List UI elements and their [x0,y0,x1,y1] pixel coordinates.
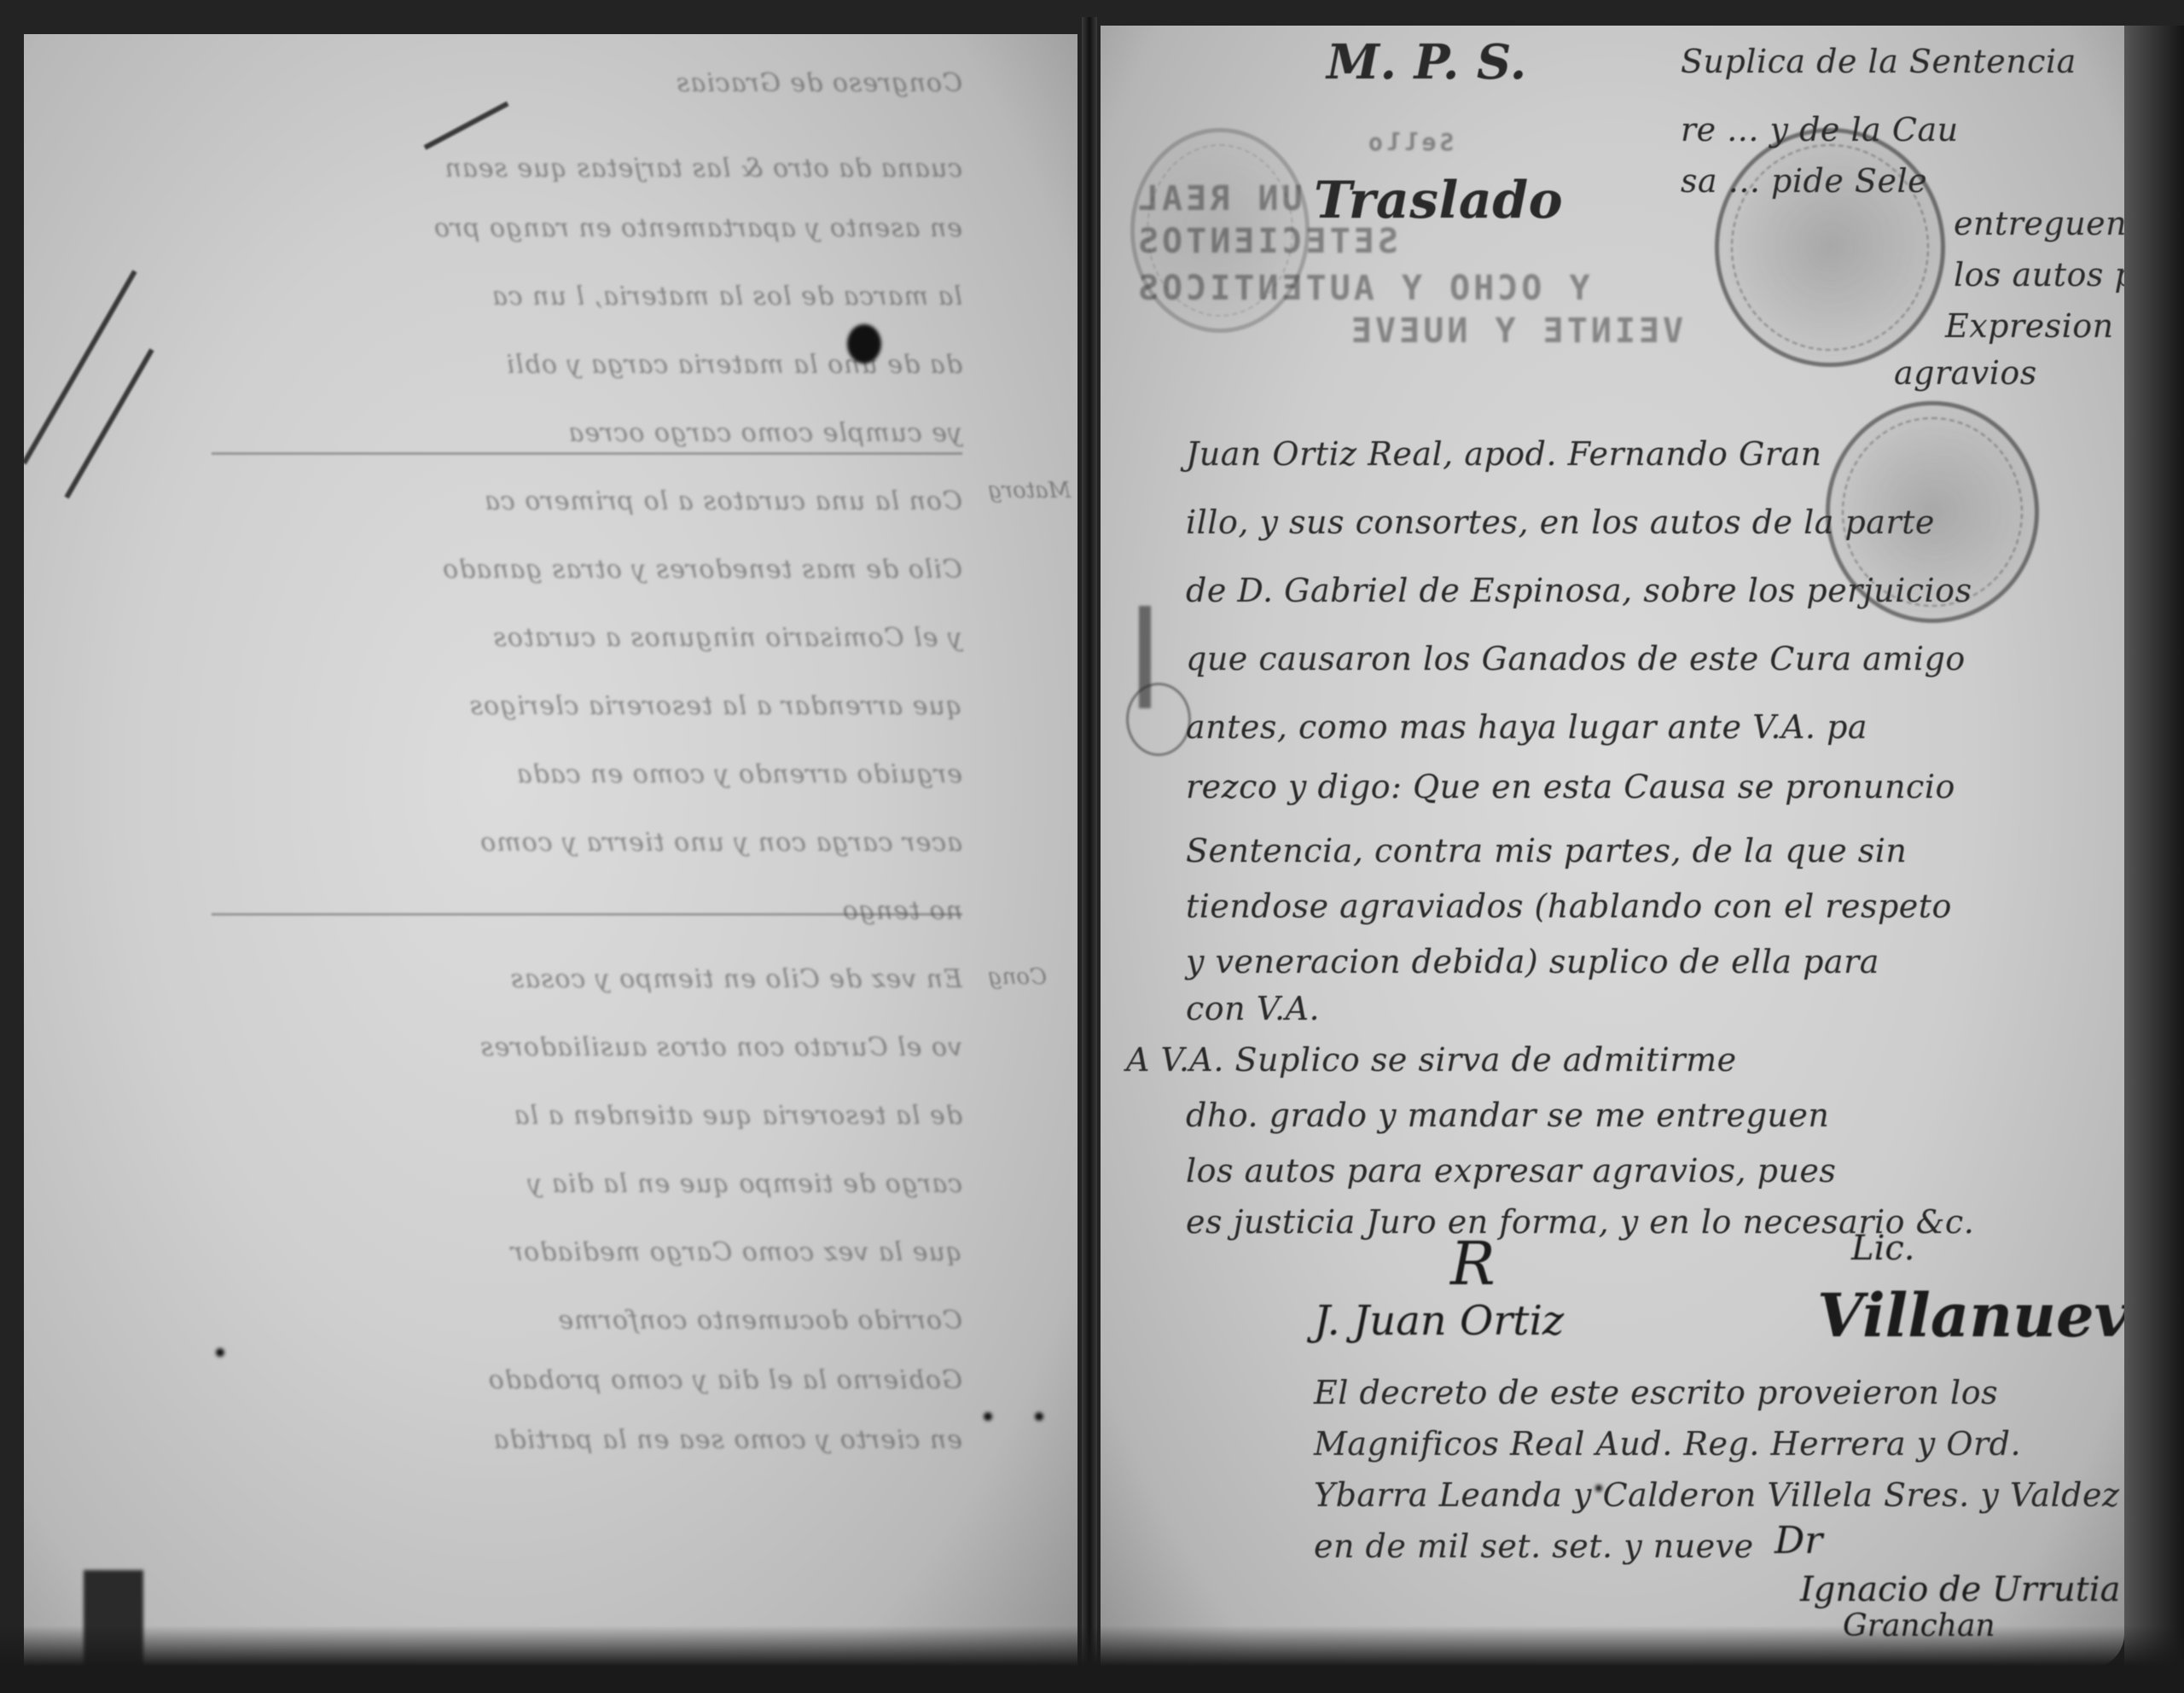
petition-line: A V.A. Suplico se sirva de admitirme [1126,1041,1737,1079]
margin-note: Matorg [988,478,1071,503]
stamp-ghost-line: VEINTE Y NUEVE [1348,311,1683,351]
ink-spot [1595,1485,1602,1492]
margin-summary-line: agravios [1894,354,2037,392]
body-line: Juan Ortiz Real, apod. Fernando Gran [1186,435,1822,473]
bleed-line: Cilo de mas tenedores y otras ganado [229,555,962,585]
notary-mark: Dr [1774,1519,1822,1562]
right-page: UN REAL SETECIENTOS Y OCHO Y AUTENTICOS … [1101,26,2124,1668]
bleed-line: Gobierno la el dia y como probado [229,1365,962,1395]
body-line: Sentencia, contra mis partes, de la que … [1186,832,1907,870]
margin-note: Cong [988,964,1047,990]
margin-summary-line: Expresion de [1945,307,2124,345]
body-line: que causaron los Ganados de este Cura am… [1186,640,1966,678]
body-line: de D. Gabriel de Espinosa, sobre los per… [1186,572,1972,609]
ink-smear [424,102,509,150]
body-line: antes, como mas haya lugar ante V.A. pa [1186,708,1867,746]
faint-rule [212,913,962,916]
signature-title-lic: Lic. [1851,1229,1914,1268]
signature-mark-left: R [1450,1229,1496,1299]
body-line: y veneracion debida) suplico de ella par… [1186,943,1879,980]
decree-line: Magnificos Real Aud. Reg. Herrera y Ord. [1314,1425,2021,1463]
signature-villanueva: Villanueva [1817,1280,2124,1351]
bleed-line: cargo de tiempo que en la dia y [229,1169,962,1199]
notary-signature: Ignacio de Urrutia [1800,1570,2120,1609]
bleed-line: en asento y apartamento en rango pro [229,213,962,243]
bleed-line: de la tesoreria que atienden a la [229,1101,962,1131]
bleed-line: En vez de Cilo en tiempo y cosas [229,964,962,994]
body-line: tiendose agraviados (hablando con el res… [1186,887,1952,925]
margin-summary-line: sa ... pide Sele [1681,162,1927,200]
margin-summary-line: Suplica de la Sentencia [1681,43,2077,80]
bleed-line: erguido arrendo y como en cada [229,759,962,789]
bleed-line: y el Comisario ningunos a curatos [229,623,962,653]
scan-bottom-shadow [0,1626,2184,1693]
stamp-ghost-line: Y OCHO Y AUTENTICOS [1135,269,1590,308]
header-initials: M. P. S. [1327,34,1527,90]
bleed-line: que arrendar a la tesoreria clerigos [229,691,962,721]
faint-rule [212,452,962,455]
ink-blot [847,324,881,364]
scan-right-edge [2124,26,2184,1693]
bleed-line: en cierto y como sea en la partida [229,1425,962,1455]
ink-spot [1035,1412,1043,1421]
bleed-line: la marca de los la materia, l un ca [229,282,962,311]
document-title: Traslado [1314,171,1563,230]
body-line: illo, y sus consortes, en los autos de l… [1186,503,1935,541]
left-page: Congreso de Gracias cuana da otro & las … [24,34,1077,1685]
stamp-number: Sello [1365,128,1454,156]
bleed-line: cuana da otro & las tarjetas que sean [229,154,962,183]
book-spine [1082,17,1097,1693]
stamp-ghost-line: UN REAL [1135,179,1303,218]
bleed-line: Con la una curatos a lo primero ca [229,486,962,516]
petition-line: dho. grado y mandar se me entreguen [1186,1097,1829,1134]
petition-line: los autos para expresar agravios, pues [1186,1152,1836,1190]
bleed-line: Congreso de Gracias [229,68,962,98]
bleed-line: acer carga con y uno tierra y como [229,828,962,858]
decree-line: Ybarra Leanda y Calderon Villela Sres. y… [1314,1476,2119,1514]
margin-loop-mark [1126,683,1191,756]
decree-line: en de mil set. set. y nueve [1314,1527,1754,1565]
body-line: rezco y digo: Que en esta Causa se pronu… [1186,768,1955,806]
ink-spot [984,1412,992,1421]
ink-spot [216,1348,224,1357]
margin-summary-line: entreguen [1954,205,2124,242]
bleed-line: que la vez como Cargo mediador [229,1237,962,1267]
margin-summary-line: los autos p. [1954,256,2124,294]
bleed-line: Corrido documento conforme [229,1306,962,1335]
bleed-line: ye cumple como cargo ocrea [229,418,962,448]
bleed-line: no tengo [229,896,962,926]
decree-line: El decreto de este escrito proveieron lo… [1314,1374,1998,1411]
body-line: con V.A. [1186,990,1320,1027]
signature-juan-ortiz: J. Juan Ortiz [1314,1297,1564,1345]
scratch-mark [24,270,137,464]
margin-summary-line: re ... y de la Cau [1681,111,1959,148]
bleed-line: vo el Curato con otros ausiliadores [229,1033,962,1062]
